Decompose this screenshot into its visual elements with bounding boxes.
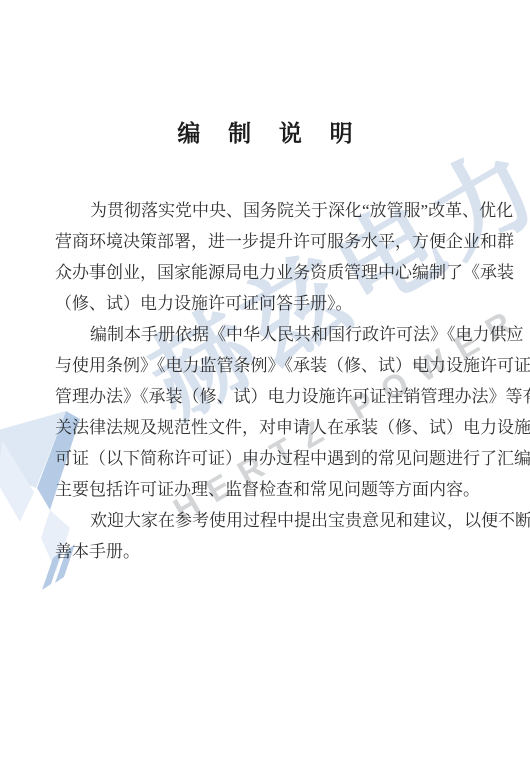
- document-page: 赫兹电力 HERTZ POWER 编 制 说 明 为贯彻落实党中央、国务院关于深…: [0, 0, 530, 767]
- paragraph: 为贯彻落实党中央、国务院关于深化“放管服”改革、优化营商环境决策部署，进一步提升…: [55, 195, 492, 319]
- paragraph-3-line-1: 欢迎大家在参考使用过程中提出宝贵意见和建议，以便不断完: [55, 505, 492, 536]
- paragraph-3-line-2: 善本手册。: [55, 536, 492, 567]
- paragraph-1-line-3: 众办事创业，国家能源局电力业务资质管理中心编制了《承装: [55, 257, 492, 288]
- paragraph-1-line-4: （修、试）电力设施许可证问答手册》。: [55, 288, 492, 319]
- paragraph-2-line-6: 主要包括许可证办理、监督检查和常见问题等方面内容。: [55, 474, 492, 505]
- paragraph-2-line-4: 关法律法规及规范性文件，对申请人在承装（修、试）电力设施许: [55, 412, 492, 443]
- paragraph-2-line-2: 与使用条例》《电力监管条例》《承装（修、试）电力设施许可证: [55, 350, 492, 381]
- paragraph-1-line-2: 营商环境决策部署，进一步提升许可服务水平，方便企业和群: [55, 226, 492, 257]
- paragraph-2-line-1: 编制本手册依据《中华人民共和国行政许可法》《电力供应: [55, 319, 492, 350]
- paragraph-2-line-5: 可证（以下简称许可证）申办过程中遇到的常见问题进行了汇编，: [55, 443, 492, 474]
- page-title: 编 制 说 明: [0, 120, 530, 148]
- paragraph: 欢迎大家在参考使用过程中提出宝贵意见和建议，以便不断完善本手册。: [55, 505, 492, 567]
- document-body: 为贯彻落实党中央、国务院关于深化“放管服”改革、优化营商环境决策部署，进一步提升…: [55, 195, 492, 567]
- paragraph-2-line-3: 管理办法》《承装（修、试）电力设施许可证注销管理办法》等有: [55, 381, 492, 412]
- paragraph-1-line-1: 为贯彻落实党中央、国务院关于深化“放管服”改革、优化: [55, 195, 492, 226]
- paragraph: 编制本手册依据《中华人民共和国行政许可法》《电力供应与使用条例》《电力监管条例》…: [55, 319, 492, 505]
